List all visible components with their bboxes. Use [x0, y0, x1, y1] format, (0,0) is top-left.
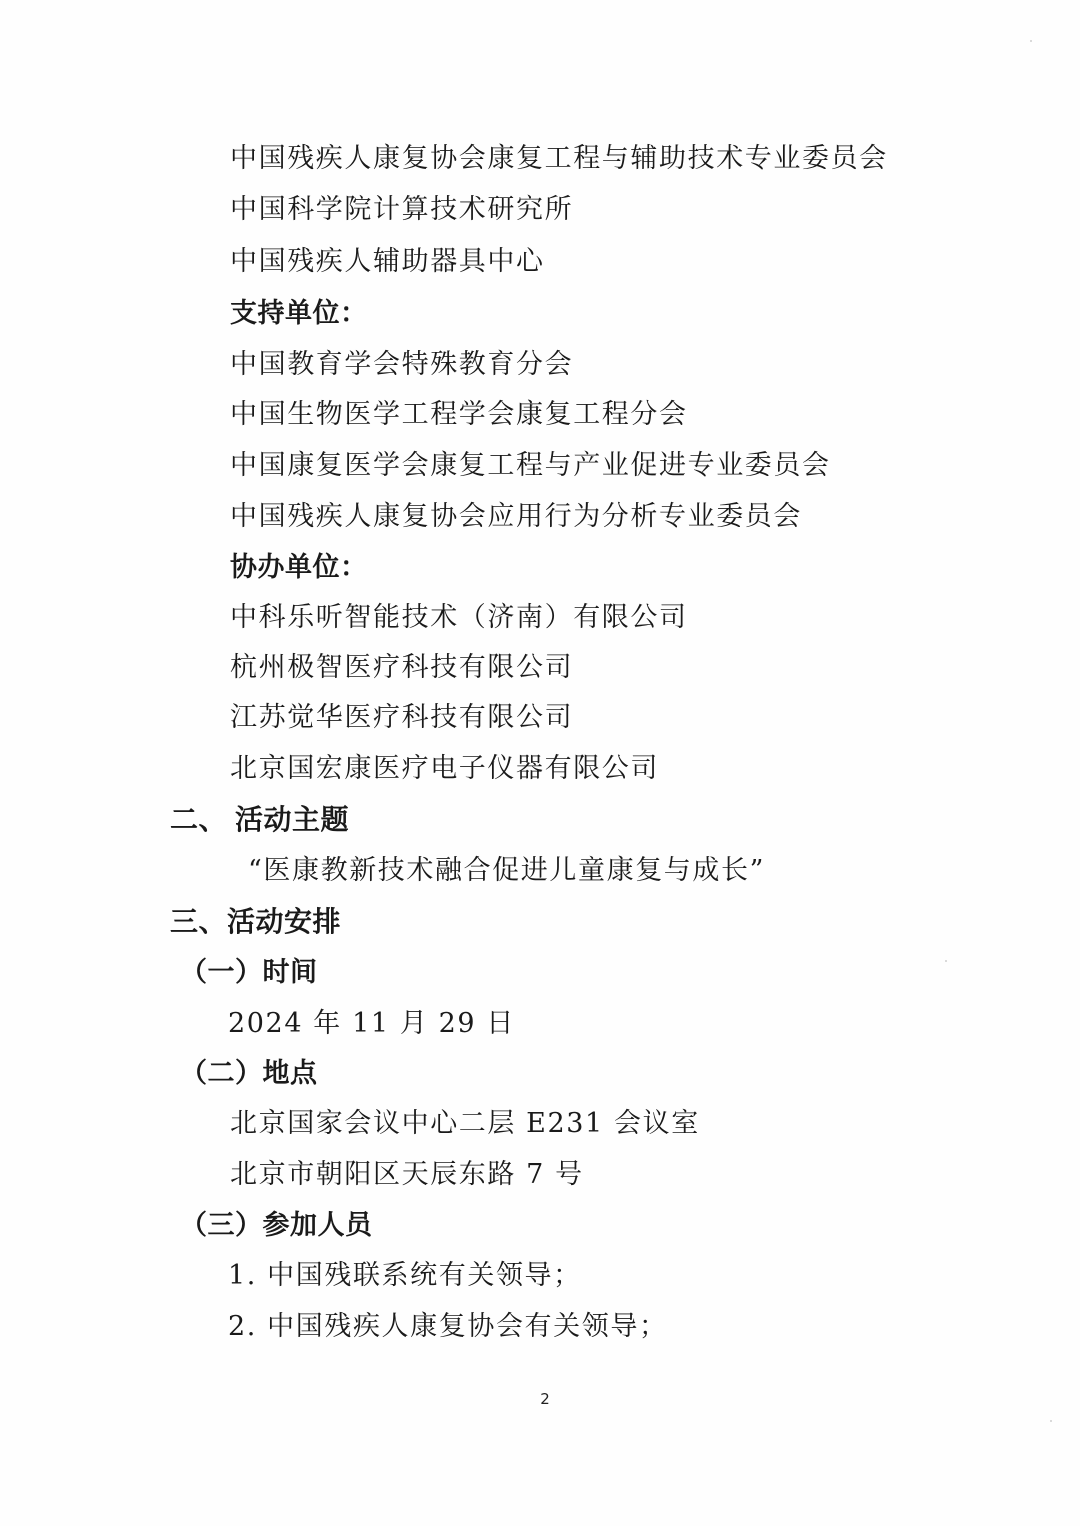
support-unit-item: 中国教育学会特殊教育分会 — [230, 349, 573, 381]
organizer-item: 中国残疾人康复协会康复工程与辅助技术专业委员会 — [230, 143, 888, 175]
document-page: 中国残疾人康复协会康复工程与辅助技术专业委员会 中国科学院计算技术研究所 中国残… — [0, 0, 1080, 1526]
co-organizers-label: 协办单位： — [230, 552, 368, 584]
section-number: 二、 — [170, 804, 227, 836]
co-organizer-item: 中科乐听智能技术（济南）有限公司 — [230, 602, 688, 634]
scan-speck — [1030, 40, 1032, 42]
scan-speck — [945, 960, 947, 962]
subsection-location-label: （二）地点 — [180, 1058, 318, 1090]
organizer-item: 中国科学院计算技术研究所 — [230, 194, 573, 226]
activity-theme: “医康教新技术融合促进儿童康复与成长” — [248, 855, 765, 887]
support-unit-item: 中国残疾人康复协会应用行为分析专业委员会 — [230, 501, 802, 533]
participant-item: 1. 中国残联系统有关领导； — [228, 1260, 582, 1292]
participant-item: 2. 中国残疾人康复协会有关领导； — [228, 1311, 668, 1343]
support-units-label: 支持单位： — [230, 298, 368, 330]
support-unit-item: 中国康复医学会康复工程与产业促进专业委员会 — [230, 450, 831, 482]
event-date: 2024 年 11 月 29 日 — [228, 1008, 515, 1040]
section-heading: 三、活动安排 — [170, 906, 341, 938]
event-address: 北京市朝阳区天辰东路 7 号 — [230, 1159, 584, 1191]
section-title: 活动主题 — [235, 804, 349, 836]
event-venue: 北京国家会议中心二层 E231 会议室 — [230, 1108, 700, 1140]
subsection-time-label: （一）时间 — [180, 957, 318, 989]
page-number: 2 — [530, 1390, 560, 1408]
subsection-participants-label: （三）参加人员 — [180, 1210, 373, 1242]
co-organizer-item: 江苏觉华医疗科技有限公司 — [230, 702, 573, 734]
support-unit-item: 中国生物医学工程学会康复工程分会 — [230, 399, 688, 431]
scan-speck — [1050, 1420, 1052, 1422]
co-organizer-item: 北京国宏康医疗电子仪器有限公司 — [230, 753, 659, 785]
co-organizer-item: 杭州极智医疗科技有限公司 — [230, 652, 573, 684]
organizer-item: 中国残疾人辅助器具中心 — [230, 246, 545, 278]
